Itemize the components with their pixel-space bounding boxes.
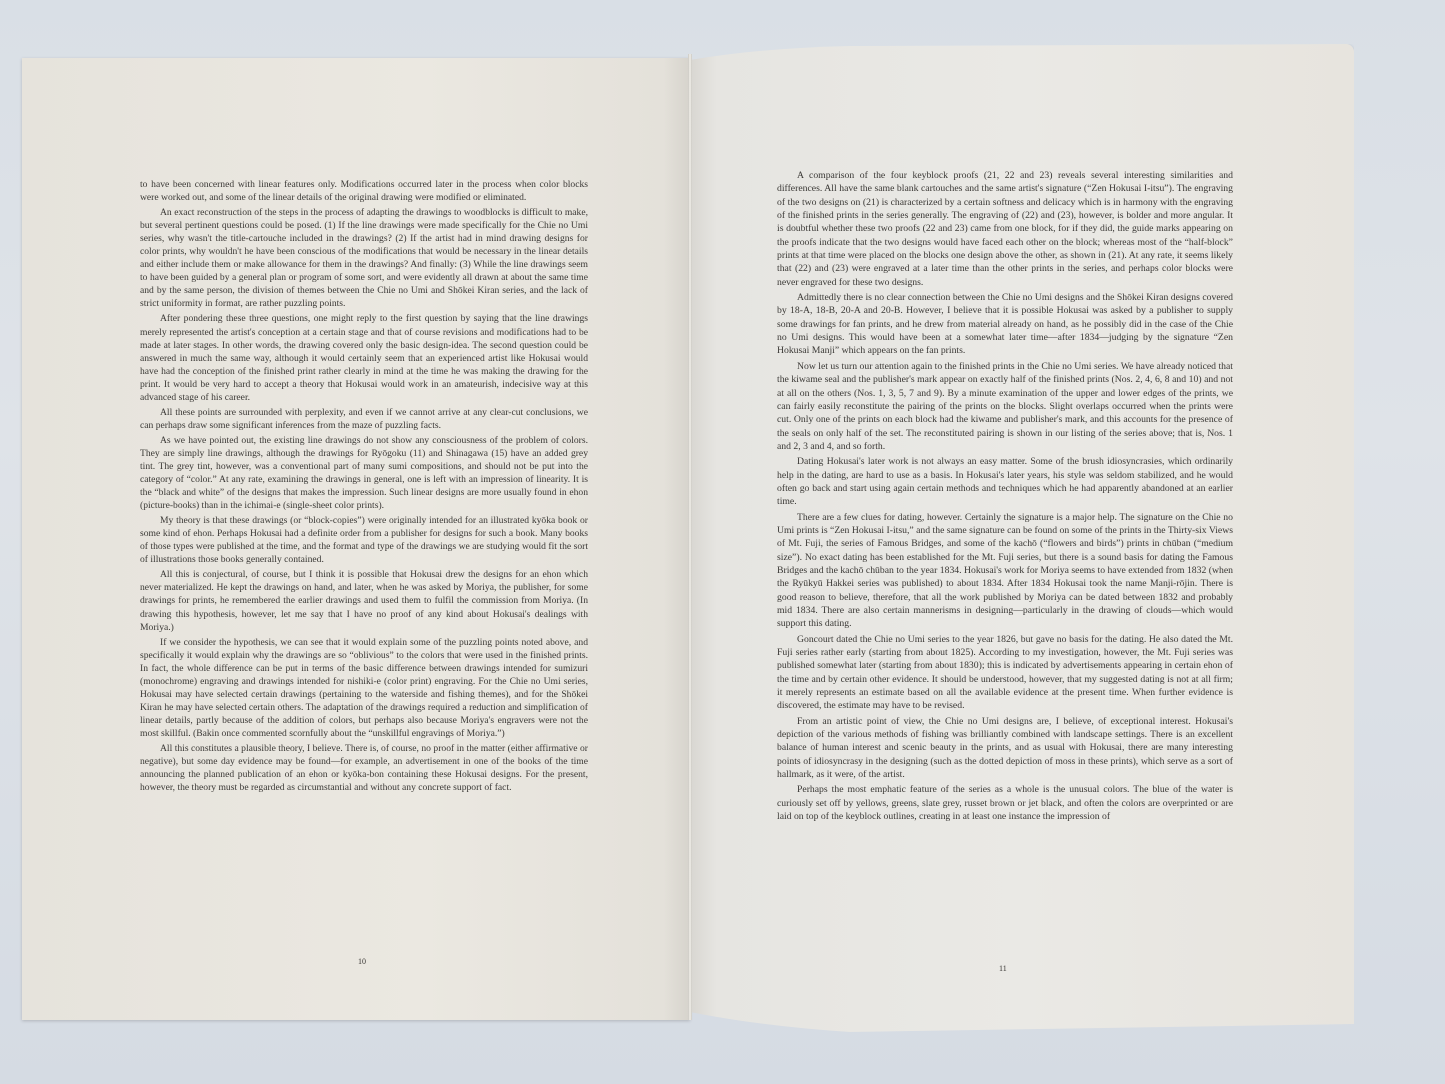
paragraph: to have been concerned with linear featu… — [140, 178, 588, 204]
paragraph: Admittedly there is no clear connection … — [777, 291, 1233, 358]
paragraph: There are a few clues for dating, howeve… — [777, 511, 1233, 631]
left-page-text-column: to have been concerned with linear featu… — [140, 178, 588, 796]
paragraph: Dating Hokusai's later work is not alway… — [777, 455, 1233, 508]
paragraph: My theory is that these drawings (or “bl… — [140, 514, 588, 566]
page-number-left: 10 — [358, 957, 366, 966]
paragraph: All this is conjectural, of course, but … — [140, 568, 588, 633]
paragraph: Now let us turn our attention again to t… — [777, 360, 1233, 453]
paragraph: After pondering these three questions, o… — [140, 312, 588, 403]
paragraph: From an artistic point of view, the Chie… — [777, 715, 1233, 782]
book-gutter — [688, 54, 692, 1020]
paragraph: All this constitutes a plausible theory,… — [140, 742, 588, 794]
right-page-text-column: A comparison of the four keyblock proofs… — [777, 169, 1233, 826]
paragraph: All these points are surrounded with per… — [140, 406, 588, 432]
paragraph: Goncourt dated the Chie no Umi series to… — [777, 633, 1233, 713]
paragraph: As we have pointed out, the existing lin… — [140, 434, 588, 512]
page-number-right: 11 — [999, 964, 1007, 973]
paragraph: A comparison of the four keyblock proofs… — [777, 169, 1233, 289]
paragraph: If we consider the hypothesis, we can se… — [140, 636, 588, 740]
paragraph: Perhaps the most emphatic feature of the… — [777, 783, 1233, 823]
paragraph: An exact reconstruction of the steps in … — [140, 206, 588, 310]
